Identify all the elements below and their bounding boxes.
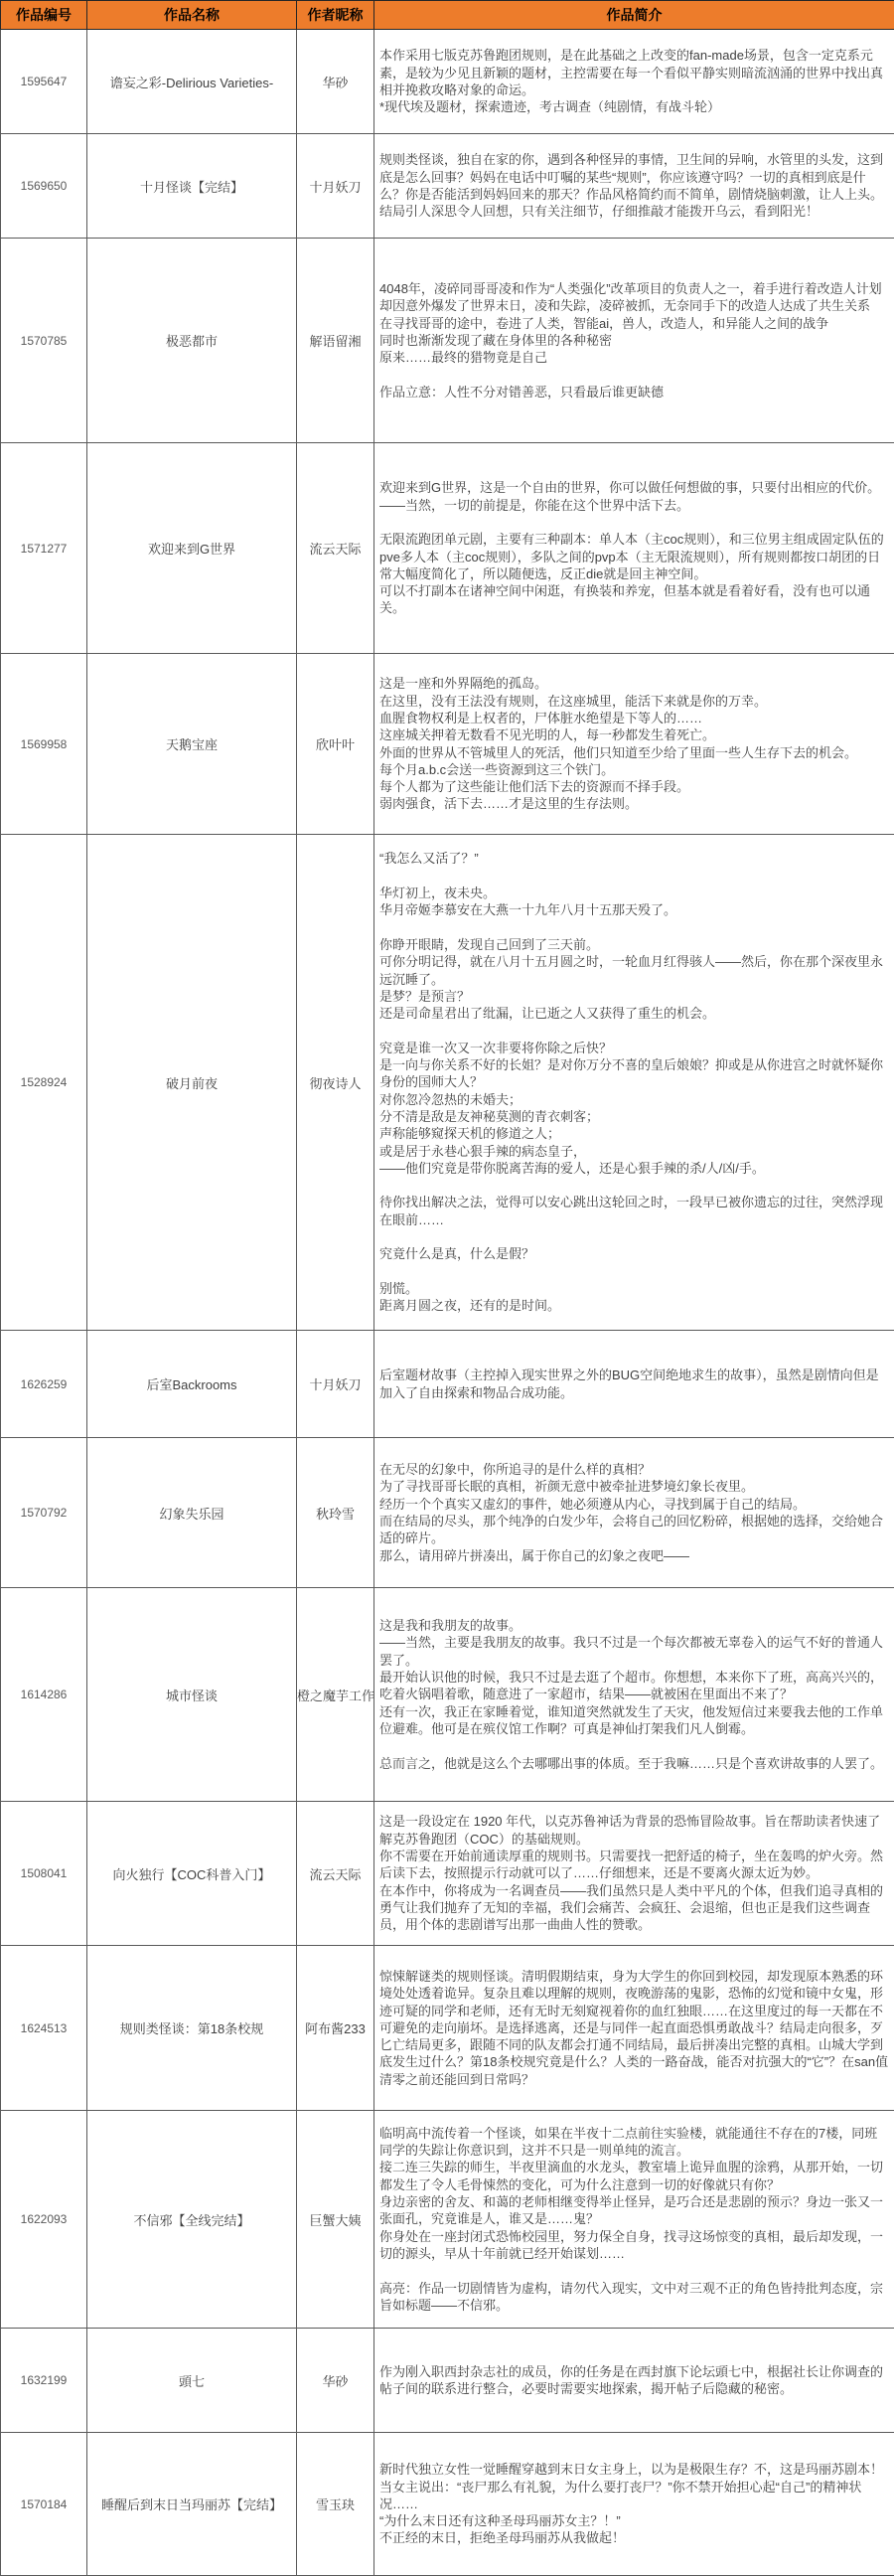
author-nickname-cell: 华砂: [297, 30, 374, 134]
work-name-cell: 不信邪【全线完结】: [87, 2111, 297, 2329]
table-row: 1570792幻象失乐园秋玲雪在无尽的幻象中，你所追寻的是什么样的真相？ 为了寻…: [1, 1438, 894, 1588]
author-nickname-cell: 流云天际: [297, 443, 374, 654]
work-id-cell: 1570792: [1, 1438, 87, 1588]
work-id-cell: 1569958: [1, 654, 87, 835]
work-id-cell: 1570184: [1, 2433, 87, 2576]
author-nickname-cell: 巨蟹大姨: [297, 2111, 374, 2329]
work-name-cell: 頭七: [87, 2329, 297, 2433]
work-id-cell: 1622093: [1, 2111, 87, 2329]
table-row: 1570785极恶都市解语留湘4048年，凌碎同哥哥凌和作为“人类强化”改革项目…: [1, 239, 894, 443]
work-description-cell: 惊悚解谜类的规则怪谈。清明假期结束，身为大学生的你回到校园，却发现原本熟悉的环境…: [374, 1946, 894, 2111]
author-nickname-cell: 流云天际: [297, 1802, 374, 1946]
col-header-work-id: 作品编号: [1, 1, 87, 30]
works-table: 作品编号 作品名称 作者昵称 作品简介 1595647谵妄之彩-Deliriou…: [0, 0, 894, 2576]
author-nickname-cell: 华砂: [297, 2329, 374, 2433]
work-name-cell: 谵妄之彩-Delirious Varieties-: [87, 30, 297, 134]
col-header-author-nickname: 作者昵称: [297, 1, 374, 30]
work-description-cell: 本作采用七版克苏鲁跑团规则，是在此基础之上改变的fan-made场景，包含一定克…: [374, 30, 894, 134]
work-description-cell: 欢迎来到G世界，这是一个自由的世界，你可以做任何想做的事，只要付出相应的代价。 …: [374, 443, 894, 654]
work-description-cell: 这是一座和外界隔绝的孤岛。 在这里，没有王法没有规则，在这座城里，能活下来就是你…: [374, 654, 894, 835]
work-id-cell: 1571277: [1, 443, 87, 654]
table-row: 1595647谵妄之彩-Delirious Varieties-华砂本作采用七版…: [1, 30, 894, 134]
table-row: 1508041向火独行【COC科普入门】流云天际这是一段设定在 1920 年代，…: [1, 1802, 894, 1946]
work-description-cell: 这是一段设定在 1920 年代，以克苏鲁神话为背景的恐怖冒险故事。旨在帮助读者快…: [374, 1802, 894, 1946]
work-name-cell: 后室Backrooms: [87, 1331, 297, 1438]
work-id-cell: 1614286: [1, 1588, 87, 1802]
col-header-work-description: 作品简介: [374, 1, 894, 30]
work-name-cell: 破月前夜: [87, 835, 297, 1331]
table-row: 1614286城市怪谈橙之魔芋工作室这是我和我朋友的故事。 ——当然，主要是我朋…: [1, 1588, 894, 1802]
work-name-cell: 十月怪谈【完结】: [87, 134, 297, 239]
table-row: 1624513规则类怪谈：第18条校规阿布酱233惊悚解谜类的规则怪谈。清明假期…: [1, 1946, 894, 2111]
work-id-cell: 1508041: [1, 1802, 87, 1946]
work-description-cell: 后室题材故事（主控掉入现实世界之外的BUG空间绝地求生的故事），虽然是剧情向但是…: [374, 1331, 894, 1438]
author-nickname-cell: 解语留湘: [297, 239, 374, 443]
header-row: 作品编号 作品名称 作者昵称 作品简介: [1, 1, 894, 30]
work-description-cell: 临明高中流传着一个怪谈，如果在半夜十二点前往实验楼，就能通往不存在的7楼，同班同…: [374, 2111, 894, 2329]
work-name-cell: 向火独行【COC科普入门】: [87, 1802, 297, 1946]
work-description-cell: 规则类怪谈，独自在家的你，遇到各种怪异的事情，卫生间的异响，水管里的头发，这到底…: [374, 134, 894, 239]
table-row: 1632199頭七华砂作为刚入职西封杂志社的成员，你的任务是在西封旗下论坛頭七中…: [1, 2329, 894, 2433]
table-row: 1569650十月怪谈【完结】十月妖刀规则类怪谈，独自在家的你，遇到各种怪异的事…: [1, 134, 894, 239]
work-name-cell: 睡醒后到末日当玛丽苏【完结】: [87, 2433, 297, 2576]
work-name-cell: 城市怪谈: [87, 1588, 297, 1802]
work-description-cell: 作为刚入职西封杂志社的成员，你的任务是在西封旗下论坛頭七中，根据社长让你调查的帖…: [374, 2329, 894, 2433]
work-id-cell: 1624513: [1, 1946, 87, 2111]
work-name-cell: 幻象失乐园: [87, 1438, 297, 1588]
work-description-cell: “我怎么又活了？” 华灯初上，夜未央。 华月帝姬李慕安在大燕一十九年八月十五那天…: [374, 835, 894, 1331]
author-nickname-cell: 彻夜诗人: [297, 835, 374, 1331]
author-nickname-cell: 阿布酱233: [297, 1946, 374, 2111]
author-nickname-cell: 十月妖刀: [297, 1331, 374, 1438]
table-body: 1595647谵妄之彩-Delirious Varieties-华砂本作采用七版…: [1, 30, 894, 2576]
work-name-cell: 天鹅宝座: [87, 654, 297, 835]
work-id-cell: 1632199: [1, 2329, 87, 2433]
table-row: 1622093不信邪【全线完结】巨蟹大姨临明高中流传着一个怪谈，如果在半夜十二点…: [1, 2111, 894, 2329]
work-description-cell: 新时代独立女性一觉睡醒穿越到末日女主身上，以为是极限生存？不，这是玛丽苏剧本！ …: [374, 2433, 894, 2576]
work-description-cell: 4048年，凌碎同哥哥凌和作为“人类强化”改革项目的负责人之一，着手进行着改造人…: [374, 239, 894, 443]
work-id-cell: 1595647: [1, 30, 87, 134]
table-row: 1569958天鹅宝座欣叶叶这是一座和外界隔绝的孤岛。 在这里，没有王法没有规则…: [1, 654, 894, 835]
work-name-cell: 欢迎来到G世界: [87, 443, 297, 654]
work-id-cell: 1570785: [1, 239, 87, 443]
author-nickname-cell: 秋玲雪: [297, 1438, 374, 1588]
table-row: 1570184睡醒后到末日当玛丽苏【完结】雪玉玦新时代独立女性一觉睡醒穿越到末日…: [1, 2433, 894, 2576]
work-id-cell: 1626259: [1, 1331, 87, 1438]
work-id-cell: 1569650: [1, 134, 87, 239]
work-description-cell: 在无尽的幻象中，你所追寻的是什么样的真相？ 为了寻找哥哥长眠的真相，祈颜无意中被…: [374, 1438, 894, 1588]
author-nickname-cell: 雪玉玦: [297, 2433, 374, 2576]
table-row: 1626259后室Backrooms十月妖刀后室题材故事（主控掉入现实世界之外的…: [1, 1331, 894, 1438]
work-id-cell: 1528924: [1, 835, 87, 1331]
author-nickname-cell: 十月妖刀: [297, 134, 374, 239]
col-header-work-name: 作品名称: [87, 1, 297, 30]
work-description-cell: 这是我和我朋友的故事。 ——当然，主要是我朋友的故事。我只不过是一个每次都被无辜…: [374, 1588, 894, 1802]
table-row: 1571277欢迎来到G世界流云天际欢迎来到G世界，这是一个自由的世界，你可以做…: [1, 443, 894, 654]
work-name-cell: 规则类怪谈：第18条校规: [87, 1946, 297, 2111]
work-name-cell: 极恶都市: [87, 239, 297, 443]
author-nickname-cell: 橙之魔芋工作室: [297, 1588, 374, 1802]
table-row: 1528924破月前夜彻夜诗人“我怎么又活了？” 华灯初上，夜未央。 华月帝姬李…: [1, 835, 894, 1331]
author-nickname-cell: 欣叶叶: [297, 654, 374, 835]
table-header: 作品编号 作品名称 作者昵称 作品简介: [1, 1, 894, 30]
